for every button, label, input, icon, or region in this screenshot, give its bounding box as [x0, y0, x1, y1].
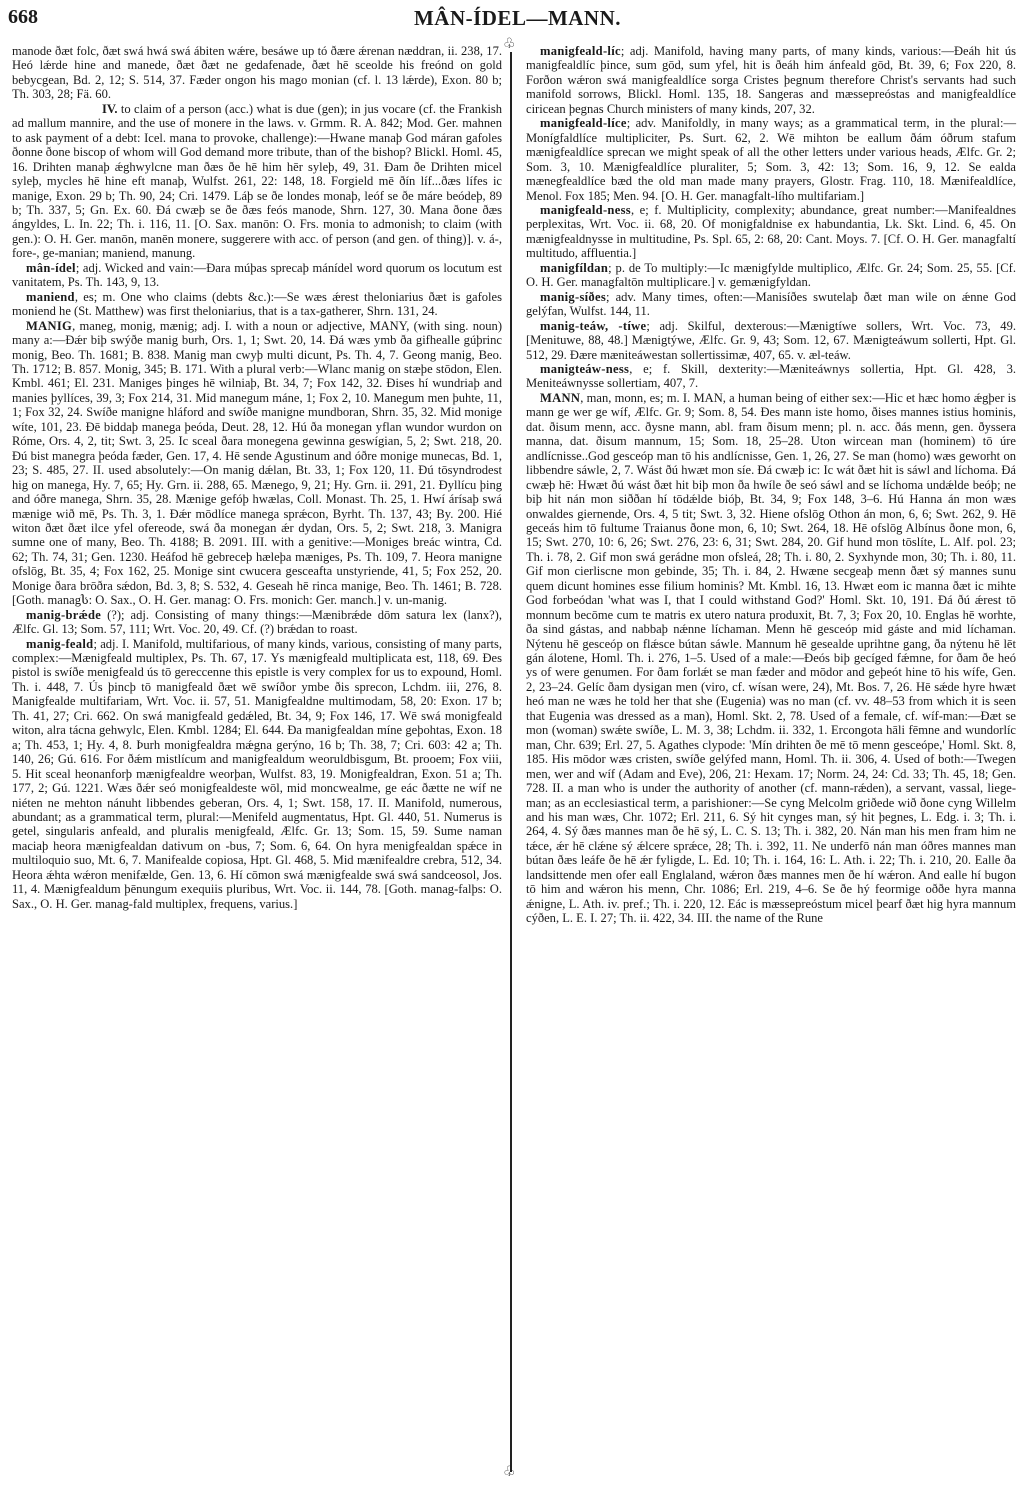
dictionary-entry: manig-brǽde (?); adj. Consisting of many… [12, 608, 502, 637]
headword: manigfíldan [540, 261, 608, 275]
entry-body: ; adj. I. Manifold, multifarious, of man… [12, 637, 502, 911]
headword: MANN [540, 391, 580, 405]
headword: manigfeald-ness [540, 203, 631, 217]
entry-body: , maneg, monig, mænig; adj. I. with a no… [12, 319, 502, 608]
sense-numeral: IV. [102, 102, 117, 116]
right-column: manigfeald-líc; adj. Manifold, having ma… [526, 44, 1016, 926]
dictionary-entry: manigfíldan; p. de To multiply:—Ic mænig… [526, 261, 1016, 290]
dictionary-entry: manig-síðes; adv. Many times, often:—Man… [526, 290, 1016, 319]
dictionary-entry: manig-feald; adj. I. Manifold, multifari… [12, 637, 502, 912]
entry-body: , man, monn, es; m. I. MAN, a human bein… [526, 391, 1016, 925]
left-column: manode ðæt folc, ðæt swá hwá swá ábiten … [12, 44, 502, 911]
dictionary-entry: MANIG, maneg, monig, mænig; adj. I. with… [12, 319, 502, 608]
dictionary-entry: manigfeald-ness, e; f. Multiplicity, com… [526, 203, 1016, 261]
column-ornament-bottom-icon: ♧ [503, 1466, 516, 1480]
dictionary-entry: maniend, es; m. One who claims (debts &c… [12, 290, 502, 319]
entry-body: manode ðæt folc, ðæt swá hwá swá ábiten … [12, 44, 502, 101]
headword: manig-brǽde [26, 608, 101, 622]
dictionary-entry: manigfeald-líce; adv. Manifoldly, in man… [526, 116, 1016, 203]
dictionary-entry: manigteáw-ness, e; f. Skill, dexterity:—… [526, 362, 1016, 391]
entry-body: ; adj. Wicked and vain:—Ðara múþas sprec… [12, 261, 502, 289]
sense-iv: IV. to claim of a person (acc.) what is … [12, 102, 502, 261]
headword: manigfeald-líce [540, 116, 627, 130]
column-divider [510, 52, 512, 1472]
headword: manig-feald [26, 637, 93, 651]
entry-body: to claim of a person (acc.) what is due … [12, 102, 502, 261]
headword: MANIG [26, 319, 72, 333]
dictionary-entry: MANN, man, monn, es; m. I. MAN, a human … [526, 391, 1016, 926]
dictionary-entry: manig-teáw, -tíwe; adj. Skilful, dextero… [526, 319, 1016, 362]
running-head: MÂN-ÍDEL—MANN. [8, 6, 1027, 31]
headword: manigfeald-líc [540, 44, 621, 58]
headword: manig-síðes [540, 290, 606, 304]
headword: manigteáw-ness [540, 362, 629, 376]
entry-body: , es; m. One who claims (debts &c.):—Se … [12, 290, 502, 318]
headword: mân-ídel [26, 261, 76, 275]
headword: manig-teáw, -tíwe [540, 319, 646, 333]
page-header: 668 MÂN-ÍDEL—MANN. [8, 6, 1027, 36]
headword: maniend [26, 290, 75, 304]
continued-entry-text: manode ðæt folc, ðæt swá hwá swá ábiten … [12, 44, 502, 102]
dictionary-entry: manigfeald-líc; adj. Manifold, having ma… [526, 44, 1016, 116]
column-ornament-top-icon: ♧ [503, 38, 516, 52]
dictionary-entry: mân-ídel; adj. Wicked and vain:—Ðara múþ… [12, 261, 502, 290]
